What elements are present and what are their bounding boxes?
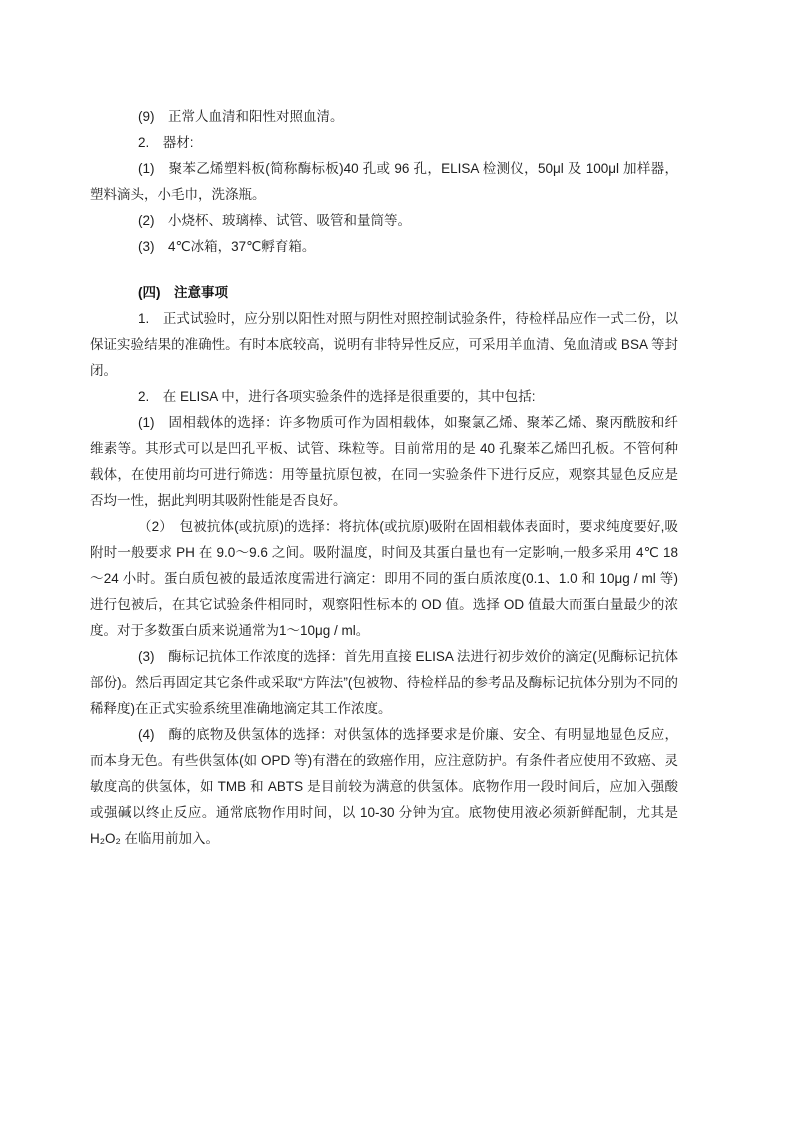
materials-equipment-heading: 2. 器材:: [90, 130, 678, 156]
notes-paragraph-enzyme-antibody-concentration: (3) 酶标记抗体工作浓度的选择：首先用直接 ELISA 法进行初步效价的滴定(…: [90, 644, 678, 722]
notes-section-heading: (四) 注意事项: [90, 280, 678, 306]
document-body: (9) 正常人血清和阳性对照血清。 2. 器材: (1) 聚苯乙烯塑料板(简称酶…: [90, 104, 678, 852]
notes-paragraph-substrate-selection: (4) 酶的底物及供氢体的选择：对供氢体的选择要求是价廉、安全、有明显地显色反应…: [90, 722, 678, 852]
notes-paragraph-coating-antibody: （2） 包被抗体(或抗原)的选择：将抗体(或抗原)吸附在固相载体表面时，要求纯度…: [90, 514, 678, 644]
materials-equipment-item-3: (3) 4℃冰箱，37℃孵育箱。: [90, 234, 678, 260]
document-page: (9) 正常人血清和阳性对照血清。 2. 器材: (1) 聚苯乙烯塑料板(简称酶…: [0, 0, 793, 1122]
notes-paragraph-1: 1. 正式试验时，应分别以阳性对照与阴性对照控制试验条件，待检样品应作一式二份，…: [90, 306, 678, 384]
notes-paragraph-solid-carrier: (1) 固相载体的选择：许多物质可作为固相载体，如聚氯乙烯、聚苯乙烯、聚丙酰胺和…: [90, 410, 678, 514]
materials-equipment-item-1: (1) 聚苯乙烯塑料板(简称酶标板)40 孔或 96 孔，ELISA 检测仪，5…: [90, 156, 678, 208]
materials-equipment-item-2: (2) 小烧杯、玻璃棒、试管、吸管和量筒等。: [90, 208, 678, 234]
materials-item-9: (9) 正常人血清和阳性对照血清。: [90, 104, 678, 130]
notes-paragraph-2: 2. 在 ELISA 中，进行各项实验条件的选择是很重要的，其中包括:: [90, 384, 678, 410]
